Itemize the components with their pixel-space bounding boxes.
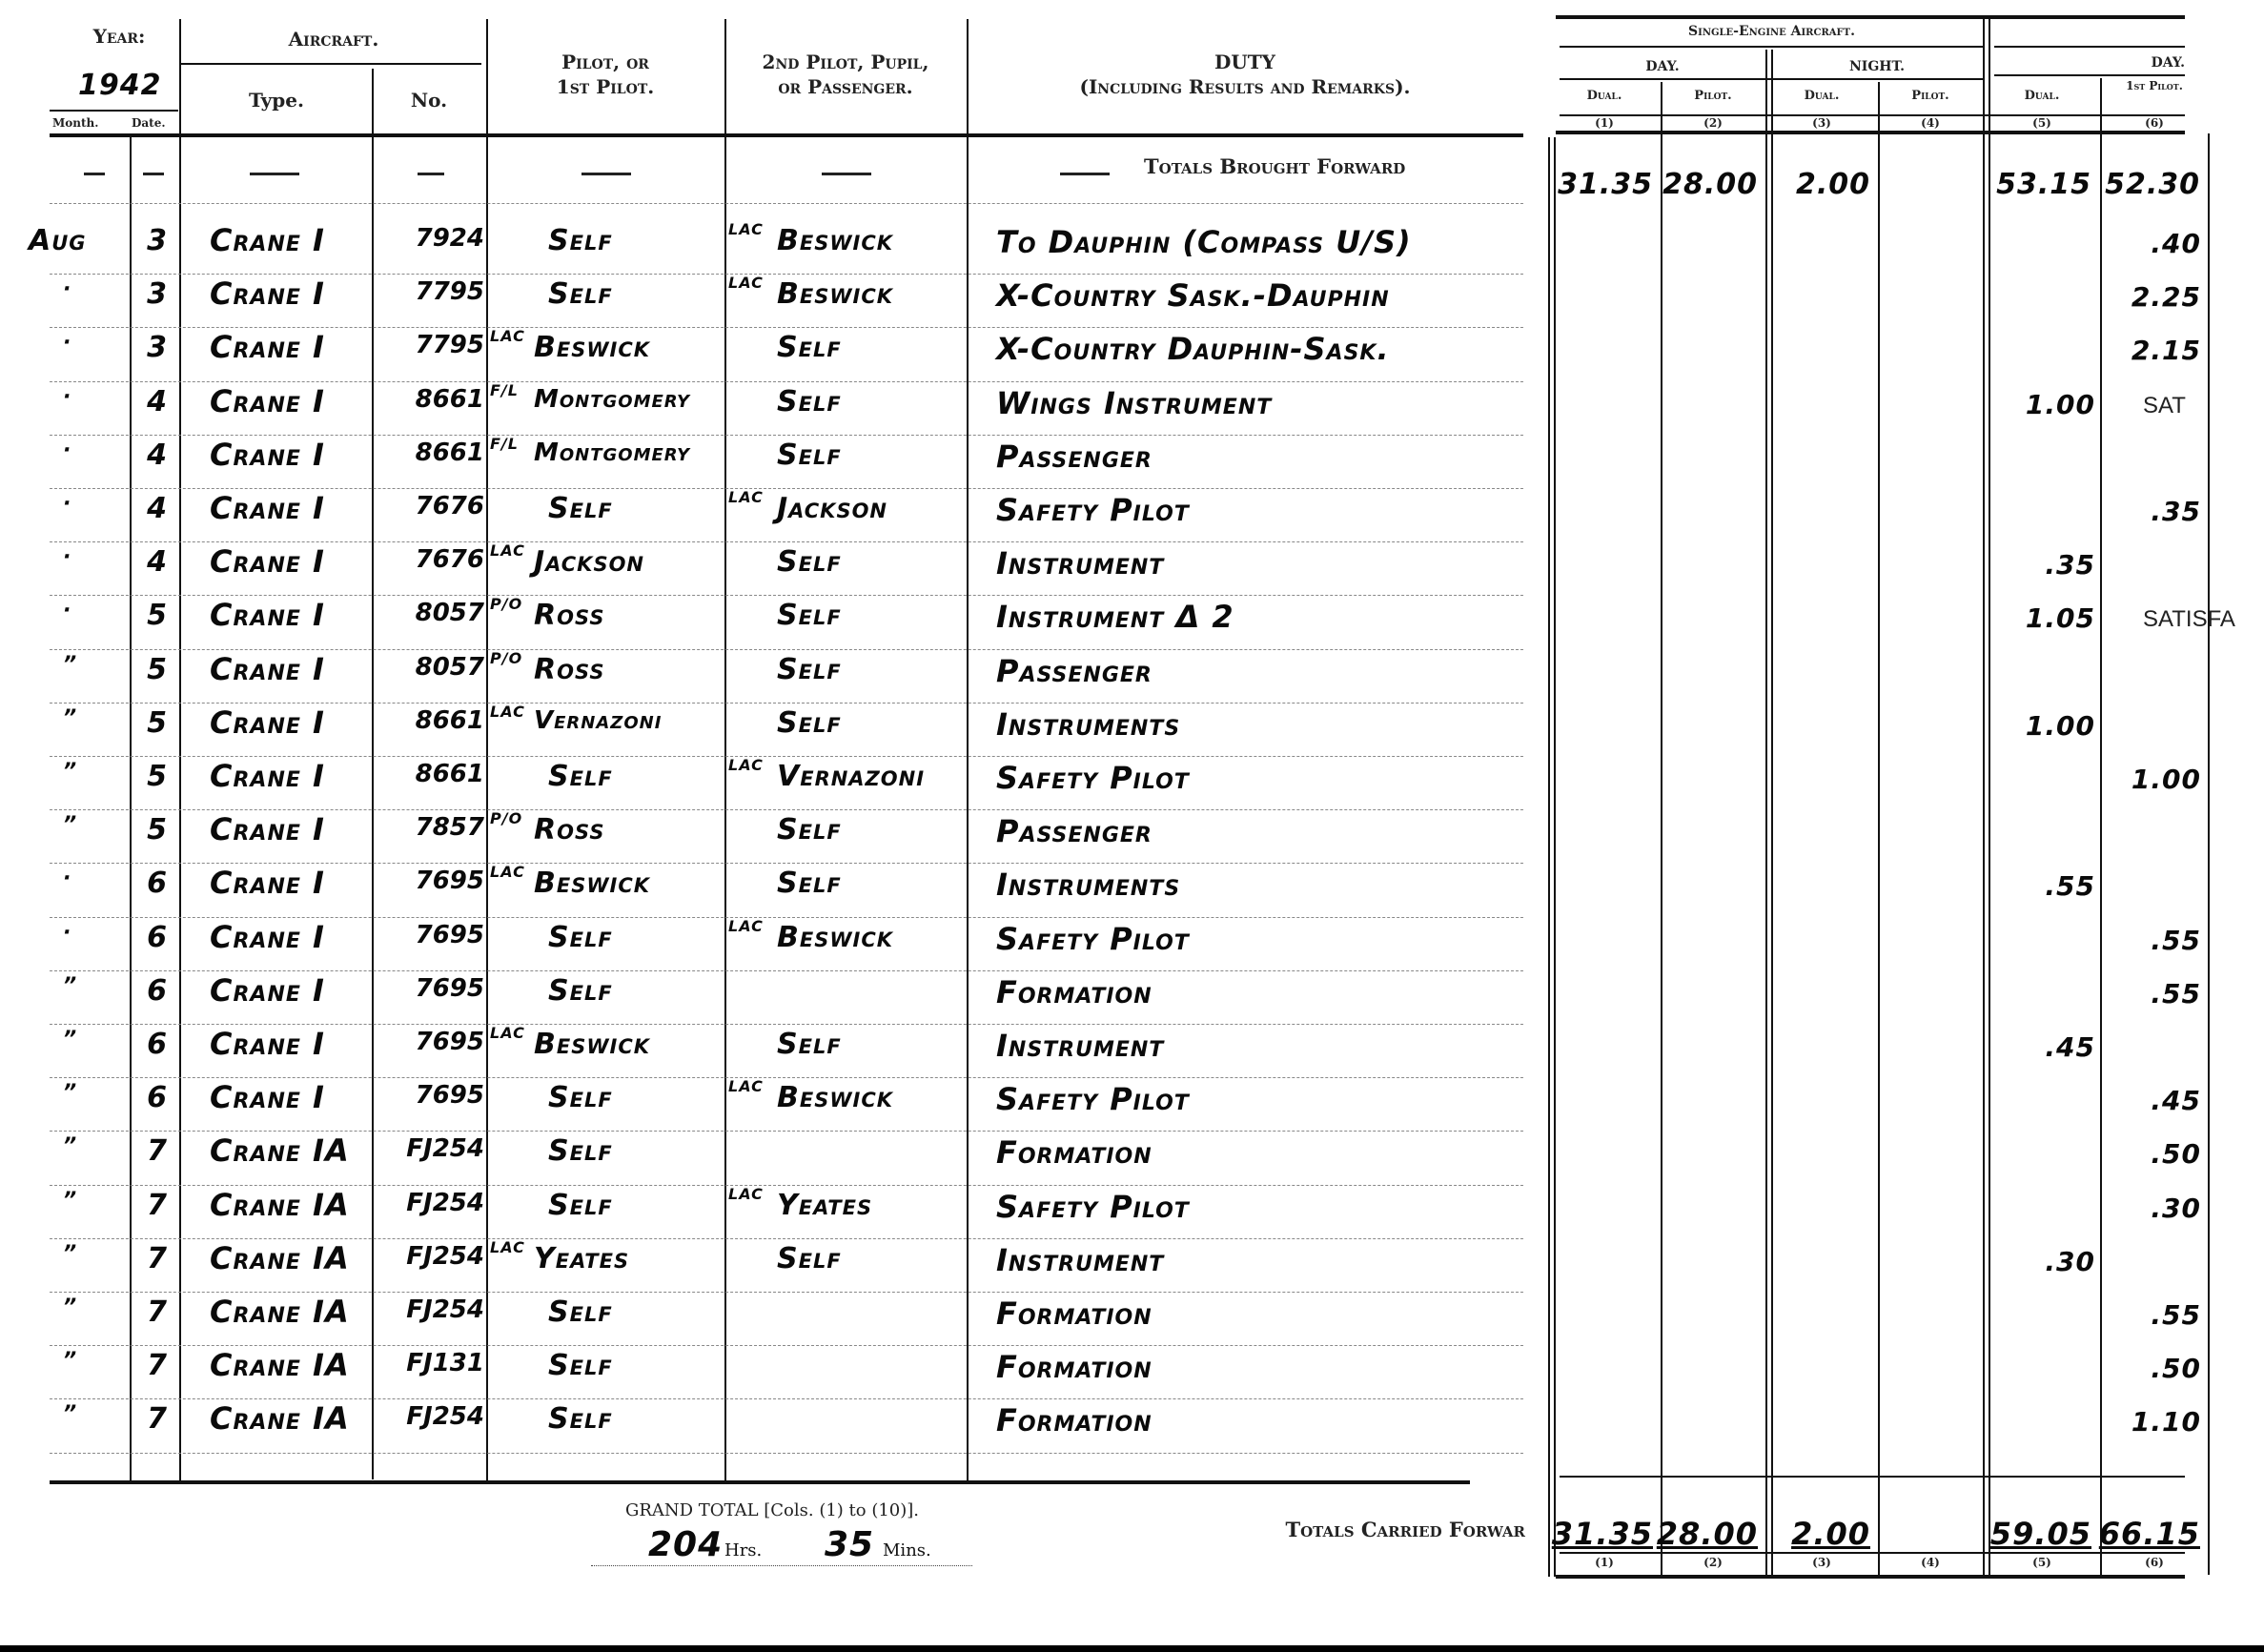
row-duty: Passenger: [996, 438, 1152, 475]
single-engine-rule: [1560, 46, 1984, 48]
row-aircraft-type: Crane I: [210, 1079, 325, 1115]
row-month: ”: [63, 1349, 77, 1373]
row-pilot: Self: [548, 974, 613, 1008]
col-sep-day-night: [1765, 50, 1767, 1575]
row-rule: [50, 1077, 1523, 1078]
row-duty: Instrument: [996, 1028, 1164, 1064]
row-aircraft-no: 7695: [377, 974, 484, 1003]
row-month: ”: [63, 1402, 77, 1426]
row-col5-dual: 1.05: [1992, 602, 2095, 634]
bf-dash-pilot: [581, 173, 631, 175]
row-second-pilot: Beswick: [777, 1081, 893, 1114]
row-aircraft-type: Crane IA: [210, 1240, 350, 1276]
column-number-1: (1): [1552, 116, 1657, 130]
row-col6-pilot: .50: [2102, 1138, 2201, 1170]
col-sep-1-2: [1661, 82, 1662, 1575]
row-aircraft-type: Crane I: [210, 811, 325, 847]
row-aircraft-no: 7695: [377, 921, 484, 949]
bf-dash-duty: [1060, 173, 1110, 175]
row-col6-pilot: 1.00: [2102, 764, 2201, 795]
row-date: 6: [143, 867, 172, 900]
row-rule: [50, 381, 1523, 382]
row-pilot: Ross: [534, 599, 604, 632]
row-rule: [50, 809, 1523, 810]
row-pilot-rank: LAC: [490, 1240, 505, 1254]
row-date: 5: [143, 760, 172, 793]
row-aircraft-no: FJ254: [377, 1242, 484, 1271]
row-col6-pilot: .30: [2102, 1193, 2201, 1224]
row-pilot-rank: P/O: [490, 811, 505, 826]
column-number-2: (2): [1661, 116, 1765, 130]
grand-total-mins: 35: [825, 1525, 874, 1564]
row-aircraft-type: Crane IA: [210, 1187, 350, 1223]
row-aircraft-type: Crane I: [210, 651, 325, 687]
bf-dash-second: [822, 173, 871, 175]
row-duty: Formation: [996, 1402, 1152, 1438]
row-rule: [50, 435, 1523, 436]
row-second-pilot: Self: [777, 438, 842, 472]
row-rule: [50, 327, 1523, 328]
row-aircraft-type: Crane IA: [210, 1400, 350, 1437]
row-pilot: Self: [548, 1349, 613, 1382]
row-col5-dual: .55: [1992, 870, 2095, 902]
row-rule: [50, 756, 1523, 757]
row-col6-pilot: .55: [2102, 1299, 2201, 1331]
row-month: ·: [63, 438, 71, 462]
row-pilot: Ross: [534, 653, 604, 686]
bf-dash-no: [418, 173, 444, 175]
row-col6-pilot: .45: [2102, 1085, 2201, 1116]
row-month: ”: [63, 1081, 77, 1105]
day-label: DAY.: [1560, 59, 1765, 74]
row-duty: Safety Pilot: [996, 492, 1190, 528]
row-aircraft-no: 8661: [377, 760, 484, 788]
row-aircraft-type: Crane I: [210, 597, 325, 633]
row-aircraft-no: 7857: [377, 813, 484, 842]
row-aircraft-no: 7695: [377, 1028, 484, 1056]
row-aircraft-type: Crane I: [210, 275, 325, 312]
day2-top-rule: [1994, 46, 2185, 48]
row-duty: Safety Pilot: [996, 760, 1190, 796]
row-instructor-stamp: SAT: [2143, 393, 2186, 419]
row-rule: [50, 703, 1523, 704]
row-duty: Passenger: [996, 653, 1152, 689]
row-col6-pilot: .55: [2102, 978, 2201, 1010]
row-aircraft-no: 7695: [377, 1081, 484, 1110]
row-month: ·: [63, 867, 71, 890]
row-duty: Instrument: [996, 545, 1164, 581]
row-rule: [50, 1131, 1523, 1132]
second-pilot-label: 2nd Pilot, Pupil, or Passenger.: [724, 50, 967, 99]
row-date: 6: [143, 921, 172, 954]
row-col5-dual: .45: [1992, 1031, 2095, 1063]
row-pilot-rank: LAC: [490, 704, 505, 719]
row-second-rank: LAC: [728, 1079, 744, 1093]
brought-forward-col-2: 28.00: [1655, 168, 1758, 201]
row-second-pilot: Jackson: [777, 492, 887, 525]
row-rule: [50, 1398, 1523, 1399]
column-number-3: (3): [1769, 116, 1874, 130]
row-pilot: Self: [548, 921, 613, 954]
column-header-1: Dual.: [1552, 90, 1657, 102]
row-second-pilot: Vernazoni: [777, 760, 925, 793]
row-pilot-rank: P/O: [490, 651, 505, 665]
carried-forward-col-3: 2.00: [1767, 1516, 1870, 1552]
row-duty: Safety Pilot: [996, 1081, 1190, 1117]
row-pilot: Self: [548, 1134, 613, 1168]
pilot-label-line2: 1st Pilot.: [486, 74, 724, 99]
row-second-rank: LAC: [728, 919, 744, 933]
row-month: ·: [63, 545, 71, 569]
row-second-pilot: Beswick: [777, 921, 893, 954]
row-duty: Wings Instrument: [996, 385, 1272, 421]
row-aircraft-type: Crane IA: [210, 1347, 350, 1383]
row-rule: [50, 1453, 1523, 1454]
row-date: 6: [143, 1028, 172, 1061]
row-date: 5: [143, 813, 172, 846]
row-pilot: Vernazoni: [534, 706, 662, 735]
carried-forward-col-6: 66.15: [2097, 1516, 2200, 1552]
second-pilot-label-line1: 2nd Pilot, Pupil,: [724, 50, 967, 74]
row-month: ·: [63, 385, 71, 409]
year-value: 1942: [78, 69, 162, 102]
row-col6-pilot: .40: [2102, 228, 2201, 259]
row-aircraft-type: Crane I: [210, 329, 325, 365]
row-date: 5: [143, 599, 172, 632]
single-engine-label: Single-Engine Aircraft.: [1560, 24, 1984, 39]
row-second-pilot: Self: [777, 706, 842, 740]
type-label: Type.: [181, 88, 372, 112]
row-date: 4: [143, 492, 172, 525]
row-instructor-stamp: SATISFA: [2143, 606, 2235, 633]
row-aircraft-no: 8661: [377, 706, 484, 735]
night-label: NIGHT.: [1771, 59, 1983, 74]
row-pilot: Self: [548, 224, 613, 257]
row-date: 7: [143, 1189, 172, 1222]
row-month: ·: [63, 599, 71, 622]
row-aircraft-type: Crane I: [210, 919, 325, 955]
row-duty: Formation: [996, 1349, 1152, 1385]
grand-total-label: GRAND TOTAL [Cols. (1) to (10)].: [572, 1499, 972, 1523]
row-second-pilot: Beswick: [777, 277, 893, 311]
row-aircraft-no: FJ254: [377, 1189, 484, 1217]
right-total-top-rule: [1560, 1476, 2185, 1478]
carried-forward-col-1: 31.35: [1550, 1516, 1653, 1552]
row-col6-pilot: 1.10: [2102, 1406, 2201, 1438]
column-header-4: Pilot.: [1878, 90, 1983, 102]
aircraft-label: Aircraft.: [181, 27, 486, 51]
row-rule: [50, 917, 1523, 918]
right-top-rule: [1556, 15, 2185, 19]
row-rule: [50, 488, 1523, 489]
row-pilot-rank: LAC: [490, 865, 505, 879]
row-col5-dual: .35: [1992, 549, 2095, 581]
row-duty: Formation: [996, 1134, 1152, 1171]
row-month: ”: [63, 760, 77, 784]
row-pilot: Montgomery: [534, 385, 690, 414]
row-rule: [50, 541, 1523, 542]
hrs-label: Hrs.: [724, 1540, 762, 1560]
row-duty: X-Country Dauphin-Sask.: [996, 331, 1390, 367]
row-duty: To Dauphin (Compass U/S): [996, 224, 1412, 260]
duty-label-line1: DUTY: [967, 50, 1523, 74]
row-pilot-rank: F/L: [490, 383, 505, 398]
row-aircraft-type: Crane I: [210, 383, 325, 419]
row-rule: [50, 1238, 1523, 1239]
row-duty: Passenger: [996, 813, 1152, 849]
no-label: No.: [372, 88, 486, 112]
column-header-3: Dual.: [1769, 90, 1874, 102]
year-label: Year:: [67, 24, 172, 49]
carried-forward-col-2: 28.00: [1655, 1516, 1758, 1552]
row-pilot: Self: [548, 1081, 613, 1114]
row-duty: X-Country Sask.-Dauphin: [996, 277, 1390, 314]
row-second-pilot: Self: [777, 867, 842, 900]
bf-dash-month: [84, 173, 105, 175]
row-aircraft-no: 8661: [377, 438, 484, 467]
row-second-rank: LAC: [728, 275, 744, 290]
row-date: 7: [143, 1295, 172, 1329]
right-bottom-rule: [1556, 1575, 2185, 1579]
row-second-pilot: Beswick: [777, 224, 893, 257]
row-pilot: Self: [548, 1295, 613, 1329]
col-sep-3-4: [1878, 82, 1880, 1575]
second-pilot-label-line2: or Passenger.: [724, 74, 967, 99]
carried-forward-num-3: (3): [1774, 1556, 1869, 1569]
row-second-pilot: Self: [777, 599, 842, 632]
row-duty: Instruments: [996, 867, 1180, 903]
row-month: ·: [63, 921, 71, 945]
row-duty: Instrument Δ 2: [996, 599, 1234, 635]
col-sep-6-right: [2208, 133, 2210, 1575]
row-rule: [50, 649, 1523, 650]
row-date: 7: [143, 1349, 172, 1382]
carried-forward-col-5: 59.05: [1989, 1516, 2091, 1552]
row-rule: [50, 1345, 1523, 1346]
row-second-pilot: Self: [777, 385, 842, 418]
row-col6-pilot: .35: [2102, 496, 2201, 527]
brought-forward-label: Totals Brought Forward: [1144, 154, 1525, 179]
right-left-border: [1548, 137, 1550, 1577]
brought-forward-col-5: 53.15: [1989, 168, 2091, 201]
row-aircraft-type: Crane IA: [210, 1132, 350, 1169]
row-second-pilot: Self: [777, 1028, 842, 1061]
page-bottom-edge: [0, 1645, 2264, 1652]
row-pilot-rank: P/O: [490, 597, 505, 611]
bf-dash-type: [250, 173, 299, 175]
row-date: 6: [143, 974, 172, 1008]
row-aircraft-type: Crane I: [210, 972, 325, 1009]
row-aircraft-type: Crane I: [210, 490, 325, 526]
row-date: 5: [143, 706, 172, 740]
row-duty: Safety Pilot: [996, 1189, 1190, 1225]
column-number-5: (5): [1989, 116, 2094, 130]
year-rule: [50, 110, 178, 112]
row-pilot: Beswick: [534, 331, 650, 364]
row-pilot: Yeates: [534, 1242, 629, 1275]
row-pilot-rank: LAC: [490, 329, 505, 343]
row-second-rank: LAC: [728, 1187, 744, 1201]
row-date: 7: [143, 1134, 172, 1168]
row-col6-pilot: 2.25: [2102, 281, 2201, 313]
row-pilot: Beswick: [534, 867, 650, 900]
row-month: ”: [63, 974, 77, 998]
col-sep-single-day2: [1983, 19, 1985, 1575]
row-aircraft-no: FJ254: [377, 1402, 484, 1431]
row-col5-dual: 1.00: [1992, 389, 2095, 420]
row-aircraft-no: 8057: [377, 599, 484, 627]
row-pilot: Jackson: [534, 545, 644, 579]
header-rule: [50, 133, 1523, 137]
row-aircraft-no: 7695: [377, 867, 484, 895]
row-second-pilot: Self: [777, 813, 842, 846]
right-total-rule: [1560, 1552, 2185, 1554]
carried-forward-num-5: (5): [1994, 1556, 2090, 1569]
mins-label: Mins.: [883, 1540, 931, 1560]
row-date: 3: [143, 331, 172, 364]
row-pilot: Self: [548, 492, 613, 525]
duty-label: DUTY (Including Results and Remarks).: [967, 50, 1523, 99]
row-pilot: Montgomery: [534, 438, 690, 467]
row-second-pilot: Self: [777, 1242, 842, 1275]
bf-dash-date: [143, 173, 164, 175]
row-month: ”: [63, 1295, 77, 1319]
right-header-bottom-rule: [1556, 131, 2185, 134]
row-col6-pilot: 2.15: [2102, 335, 2201, 366]
row-pilot: Ross: [534, 813, 604, 846]
row-second-rank: LAC: [728, 758, 744, 772]
row-aircraft-no: FJ131: [377, 1349, 484, 1377]
row-duty: Formation: [996, 974, 1152, 1010]
carried-forward-label: Totals Carried Forwar: [1201, 1518, 1525, 1542]
row-aircraft-type: Crane I: [210, 865, 325, 901]
row-date: 5: [143, 653, 172, 686]
body-bottom-rule: [50, 1480, 1470, 1484]
row-aircraft-no: 7676: [377, 545, 484, 574]
row-date: 7: [143, 1402, 172, 1436]
row-col5-dual: .30: [1992, 1246, 2095, 1277]
row-aircraft-no: 7795: [377, 331, 484, 359]
grand-total-hours: 204: [648, 1525, 723, 1564]
aircraft-rule: [181, 63, 481, 65]
row-aircraft-type: Crane IA: [210, 1294, 350, 1330]
row-second-pilot: Self: [777, 545, 842, 579]
row-aircraft-no: FJ254: [377, 1295, 484, 1324]
row-aircraft-no: 7795: [377, 277, 484, 306]
row-aircraft-type: Crane I: [210, 1026, 325, 1062]
column-header-6: 1st Pilot.: [2102, 80, 2207, 92]
row-aircraft-type: Crane I: [210, 543, 325, 580]
day2-rule: [1994, 74, 2185, 76]
row-aircraft-type: Crane I: [210, 704, 325, 741]
row-aircraft-no: 7924: [377, 224, 484, 253]
row-month: ”: [63, 653, 77, 677]
row-duty: Safety Pilot: [996, 921, 1190, 957]
row-col6-pilot: .55: [2102, 925, 2201, 956]
row-rule: [50, 1185, 1523, 1186]
row-date: 4: [143, 385, 172, 418]
pilot-label: Pilot, or 1st Pilot.: [486, 50, 724, 99]
row-rule: [50, 1292, 1523, 1293]
column-header-5: Dual.: [1989, 90, 2094, 102]
month-label: Month.: [52, 116, 124, 130]
row-pilot: Self: [548, 760, 613, 793]
row-month: ”: [63, 1028, 77, 1051]
row-aircraft-type: Crane I: [210, 437, 325, 473]
row-pilot-rank: F/L: [490, 437, 505, 451]
row-second-rank: LAC: [728, 490, 744, 504]
row-rule: [50, 863, 1523, 864]
row-date: 7: [143, 1242, 172, 1275]
row-rule: [50, 595, 1523, 596]
row-rule: [50, 1024, 1523, 1025]
brought-forward-col-1: 31.35: [1550, 168, 1653, 201]
row-rule: [50, 274, 1523, 275]
row-month: ”: [63, 1134, 77, 1158]
row-pilot: Self: [548, 277, 613, 311]
row-date: 6: [143, 1081, 172, 1114]
row-aircraft-type: Crane I: [210, 222, 325, 258]
brought-forward-col-6: 52.30: [2097, 168, 2200, 201]
grand-total-line: 204 Hrs. 35 Mins.: [591, 1525, 972, 1566]
row-date: 3: [143, 277, 172, 311]
row-col6-pilot: .50: [2102, 1353, 2201, 1384]
row-col5-dual: 1.00: [1992, 710, 2095, 742]
carried-forward-num-4: (4): [1883, 1556, 1978, 1569]
row-duty: Instrument: [996, 1242, 1164, 1278]
pilot-label-line1: Pilot, or: [486, 50, 724, 74]
carried-forward-num-6: (6): [2107, 1556, 2202, 1569]
row-aircraft-type: Crane I: [210, 758, 325, 794]
row-duty: Instruments: [996, 706, 1180, 743]
row-second-pilot: Self: [777, 331, 842, 364]
row-pilot-rank: LAC: [490, 1026, 505, 1040]
row-pilot-rank: LAC: [490, 543, 505, 558]
day2-label: DAY.: [1994, 55, 2185, 71]
row-aircraft-no: 7676: [377, 492, 484, 520]
row-second-pilot: Self: [777, 653, 842, 686]
row-duty: Formation: [996, 1295, 1152, 1332]
row-month: ·: [63, 492, 71, 516]
row-month: ·: [63, 331, 71, 355]
row-second-pilot: Yeates: [777, 1189, 872, 1222]
row-aircraft-no: FJ254: [377, 1134, 484, 1163]
row-pilot: Self: [548, 1402, 613, 1436]
brought-forward-col-3: 2.00: [1767, 168, 1870, 201]
row-month: ”: [63, 1242, 77, 1266]
row-aircraft-no: 8661: [377, 385, 484, 414]
column-header-2: Pilot.: [1661, 90, 1765, 102]
duty-label-line2: (Including Results and Remarks).: [967, 74, 1523, 99]
row-month: Aug: [29, 224, 87, 257]
carried-forward-num-1: (1): [1557, 1556, 1652, 1569]
row-month: ”: [63, 1189, 77, 1213]
row-month: ”: [63, 706, 77, 730]
bf-row-rule: [50, 203, 1523, 204]
carried-forward-num-2: (2): [1665, 1556, 1761, 1569]
row-pilot: Beswick: [534, 1028, 650, 1061]
row-pilot: Self: [548, 1189, 613, 1222]
row-aircraft-no: 8057: [377, 653, 484, 682]
row-month: ”: [63, 813, 77, 837]
row-date: 4: [143, 545, 172, 579]
row-rule: [50, 970, 1523, 971]
row-date: 3: [143, 224, 172, 257]
row-date: 4: [143, 438, 172, 472]
row-month: ·: [63, 277, 71, 301]
column-number-6: (6): [2102, 116, 2207, 130]
column-number-4: (4): [1878, 116, 1983, 130]
